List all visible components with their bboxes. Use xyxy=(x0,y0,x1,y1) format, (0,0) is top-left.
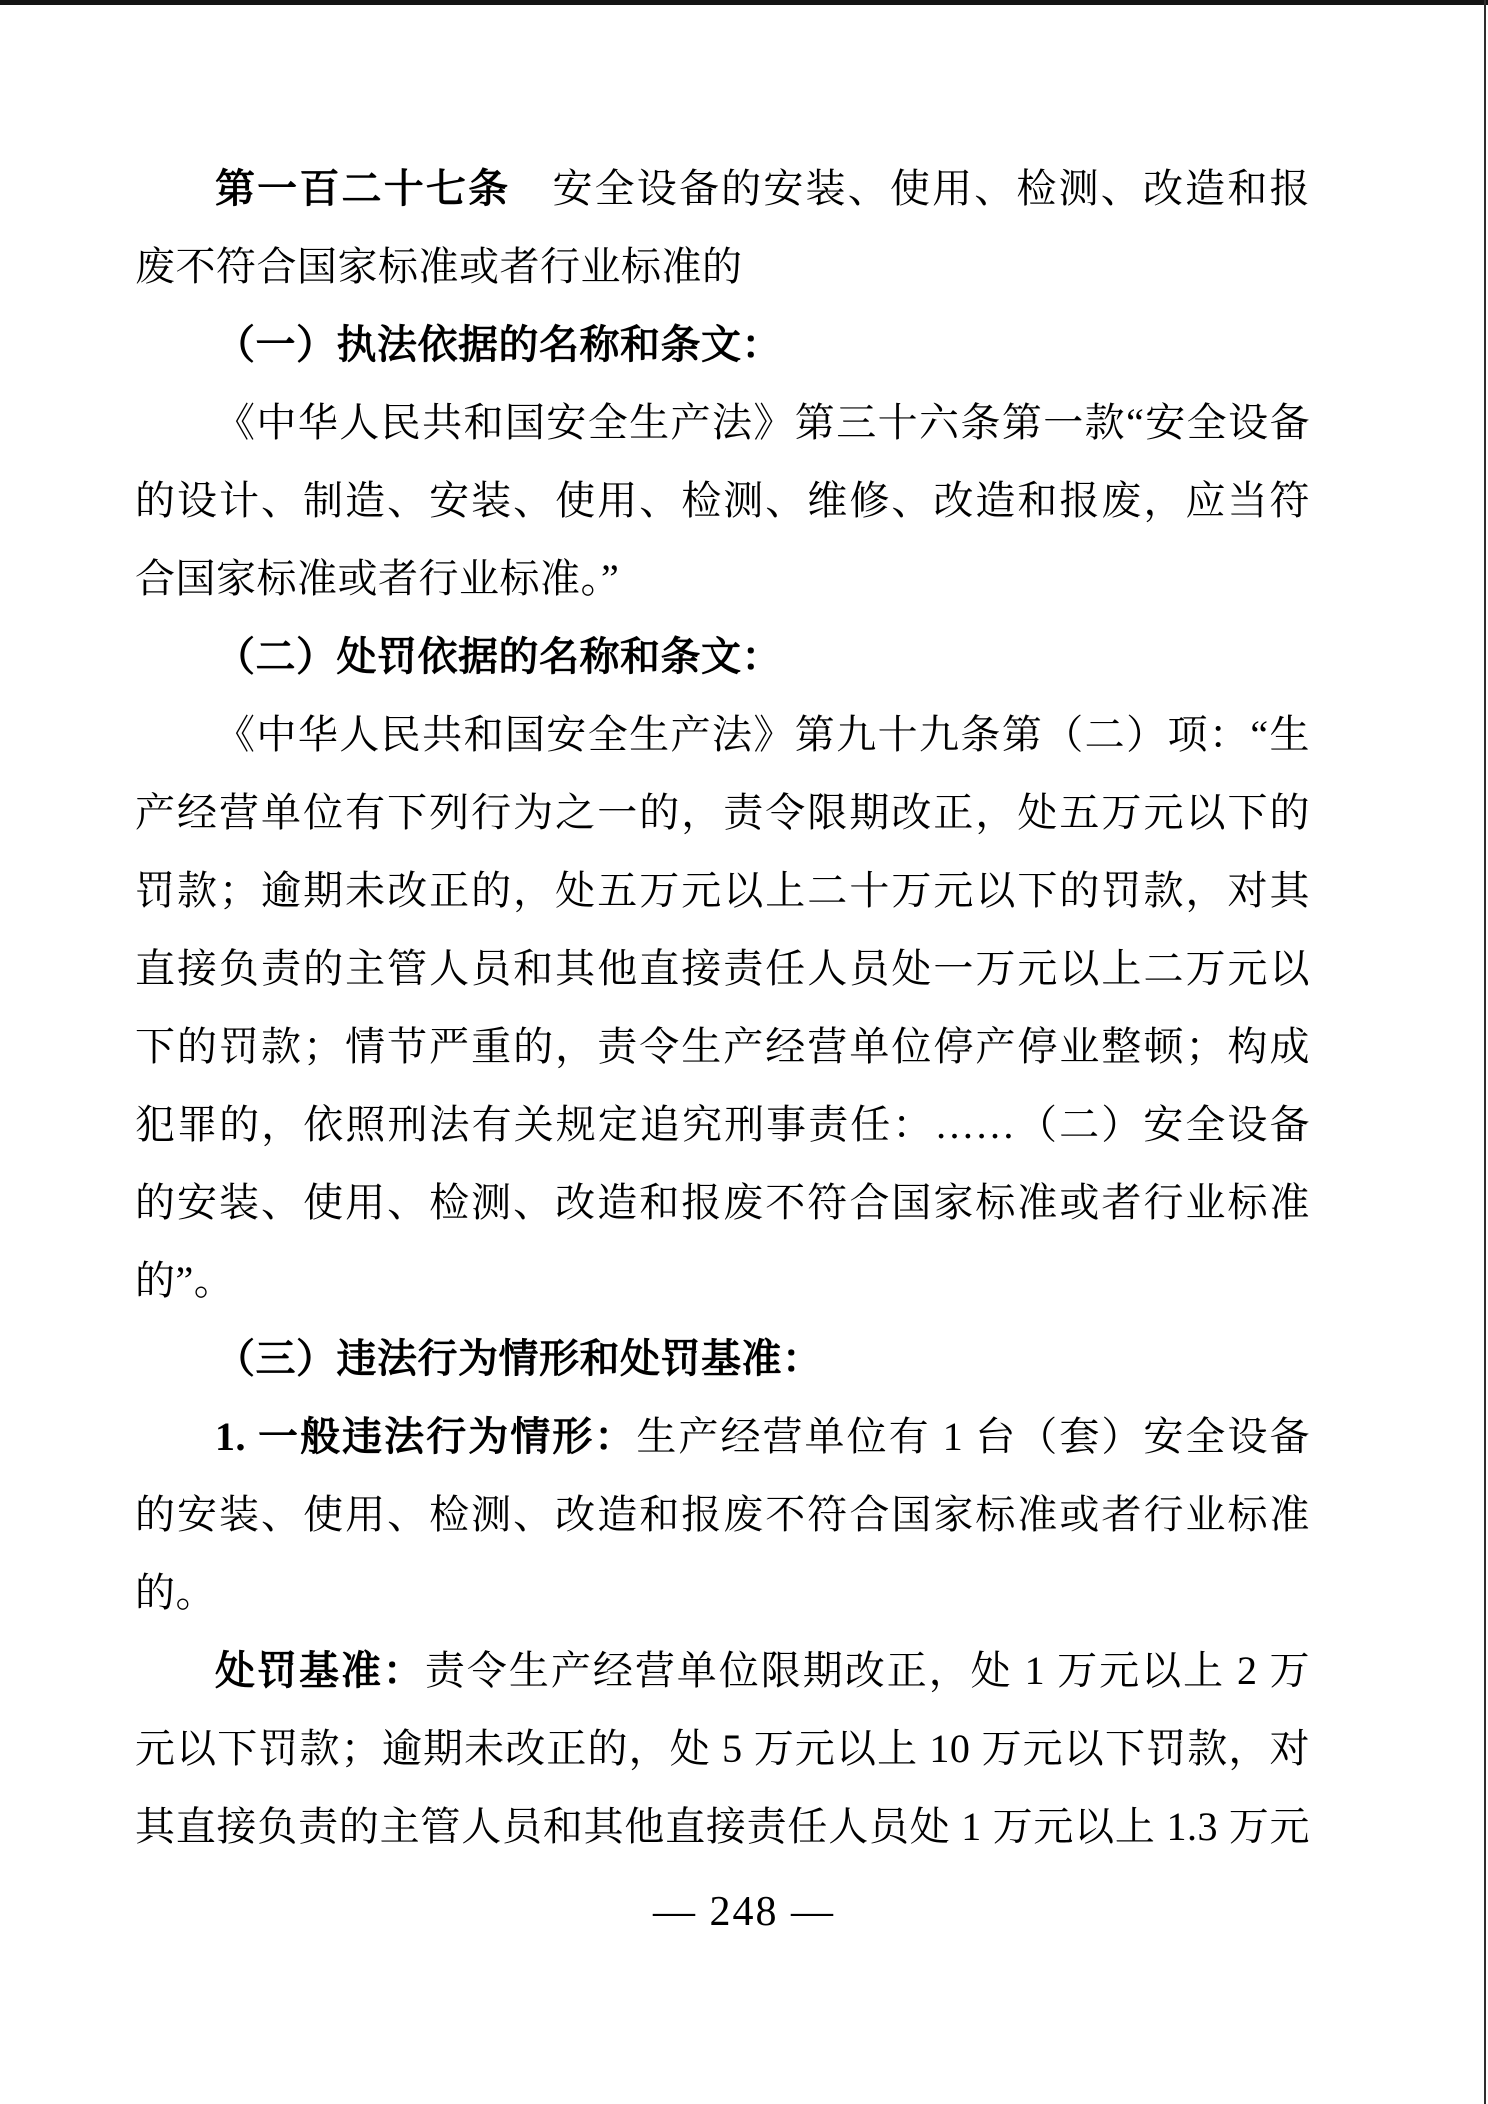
scan-top-edge xyxy=(0,0,1488,5)
text-run: 罚款；逾期未改正的，处五万元以上二十万元以下的罚款，对其 xyxy=(135,868,1310,913)
scan-right-edge xyxy=(1484,0,1486,2104)
text-line: 下的罚款；情节严重的，责令生产经营单位停产停业整顿；构成 xyxy=(135,1008,1310,1086)
text-run: 直接负责的主管人员和其他直接责任人员处一万元以上二万元以 xyxy=(135,946,1310,991)
text-run: 的。 xyxy=(135,1570,216,1615)
text-run: 元以下罚款；逾期未改正的，处 5 万元以上 10 万元以下罚款，对 xyxy=(135,1726,1310,1771)
text-line: 《中华人民共和国安全生产法》第九十九条第（二）项：“生 xyxy=(135,696,1310,774)
section-heading: （一）执法依据的名称和条文： xyxy=(135,306,1310,384)
text-run: 《中华人民共和国安全生产法》第九十九条第（二）项：“生 xyxy=(215,712,1310,757)
article-title-line: 第一百二十七条 安全设备的安装、使用、检测、改造和报 xyxy=(135,150,1310,228)
article-number: 第一百二十七条 xyxy=(215,166,510,211)
text-run: 生产经营单位有 1 台（套）安全设备 xyxy=(636,1414,1310,1459)
text-line: 的安装、使用、检测、改造和报废不符合国家标准或者行业标准 xyxy=(135,1164,1310,1242)
text-run: 安全设备的安装、使用、检测、改造和报 xyxy=(510,166,1310,211)
text-line: 合国家标准或者行业标准。” xyxy=(135,540,1310,618)
text-run: 的设计、制造、安装、使用、检测、维修、改造和报废，应当符 xyxy=(135,478,1310,523)
text-line: 其直接负责的主管人员和其他直接责任人员处 1 万元以上 1.3 万元 xyxy=(135,1788,1310,1866)
item-label: 1. 一般违法行为情形： xyxy=(215,1414,636,1459)
text-run: 合国家标准或者行业标准。” xyxy=(135,556,619,601)
text-run: 其直接负责的主管人员和其他直接责任人员处 1 万元以上 1.3 万元 xyxy=(135,1804,1310,1849)
text-run: 的”。 xyxy=(135,1258,234,1303)
page-number: — 248 — xyxy=(0,1882,1488,1942)
text-run: 责令生产经营单位限期改正，处 1 万元以上 2 万 xyxy=(425,1648,1310,1693)
text-run: 产经营单位有下列行为之一的，责令限期改正，处五万元以下的 xyxy=(135,790,1310,835)
text-run: 犯罪的，依照刑法有关规定追究刑事责任：……（二）安全设备 xyxy=(135,1102,1310,1147)
text-line: 的安装、使用、检测、改造和报废不符合国家标准或者行业标准 xyxy=(135,1476,1310,1554)
text-line: 产经营单位有下列行为之一的，责令限期改正，处五万元以下的 xyxy=(135,774,1310,852)
heading-run: （一）执法依据的名称和条文： xyxy=(215,322,782,367)
text-line: 犯罪的，依照刑法有关规定追究刑事责任：……（二）安全设备 xyxy=(135,1086,1310,1164)
section-heading: （二）处罚依据的名称和条文： xyxy=(135,618,1310,696)
text-line: 罚款；逾期未改正的，处五万元以上二十万元以下的罚款，对其 xyxy=(135,852,1310,930)
text-line: 的。 xyxy=(135,1554,1310,1632)
text-line: 直接负责的主管人员和其他直接责任人员处一万元以上二万元以 xyxy=(135,930,1310,1008)
text-run: 的安装、使用、检测、改造和报废不符合国家标准或者行业标准 xyxy=(135,1180,1310,1225)
section-heading: （三）违法行为情形和处罚基准： xyxy=(135,1320,1310,1398)
heading-run: （三）违法行为情形和处罚基准： xyxy=(215,1336,823,1381)
text-line: 废不符合国家标准或者行业标准的 xyxy=(135,228,1310,306)
document-body: 第一百二十七条 安全设备的安装、使用、检测、改造和报 废不符合国家标准或者行业标… xyxy=(135,150,1310,1866)
text-line: 元以下罚款；逾期未改正的，处 5 万元以上 10 万元以下罚款，对 xyxy=(135,1710,1310,1788)
text-run: 下的罚款；情节严重的，责令生产经营单位停产停业整顿；构成 xyxy=(135,1024,1310,1069)
text-line: 处罚基准：责令生产经营单位限期改正，处 1 万元以上 2 万 xyxy=(135,1632,1310,1710)
heading-run: （二）处罚依据的名称和条文： xyxy=(215,634,782,679)
text-line: 的设计、制造、安装、使用、检测、维修、改造和报废，应当符 xyxy=(135,462,1310,540)
document-page: 第一百二十七条 安全设备的安装、使用、检测、改造和报 废不符合国家标准或者行业标… xyxy=(0,0,1488,2104)
text-line: 1. 一般违法行为情形：生产经营单位有 1 台（套）安全设备 xyxy=(135,1398,1310,1476)
text-line: 的”。 xyxy=(135,1242,1310,1320)
text-run: 《中华人民共和国安全生产法》第三十六条第一款“安全设备 xyxy=(215,400,1310,445)
text-run: 废不符合国家标准或者行业标准的 xyxy=(135,244,743,289)
item-label: 处罚基准： xyxy=(215,1648,425,1693)
text-line: 《中华人民共和国安全生产法》第三十六条第一款“安全设备 xyxy=(135,384,1310,462)
text-run: 的安装、使用、检测、改造和报废不符合国家标准或者行业标准 xyxy=(135,1492,1310,1537)
